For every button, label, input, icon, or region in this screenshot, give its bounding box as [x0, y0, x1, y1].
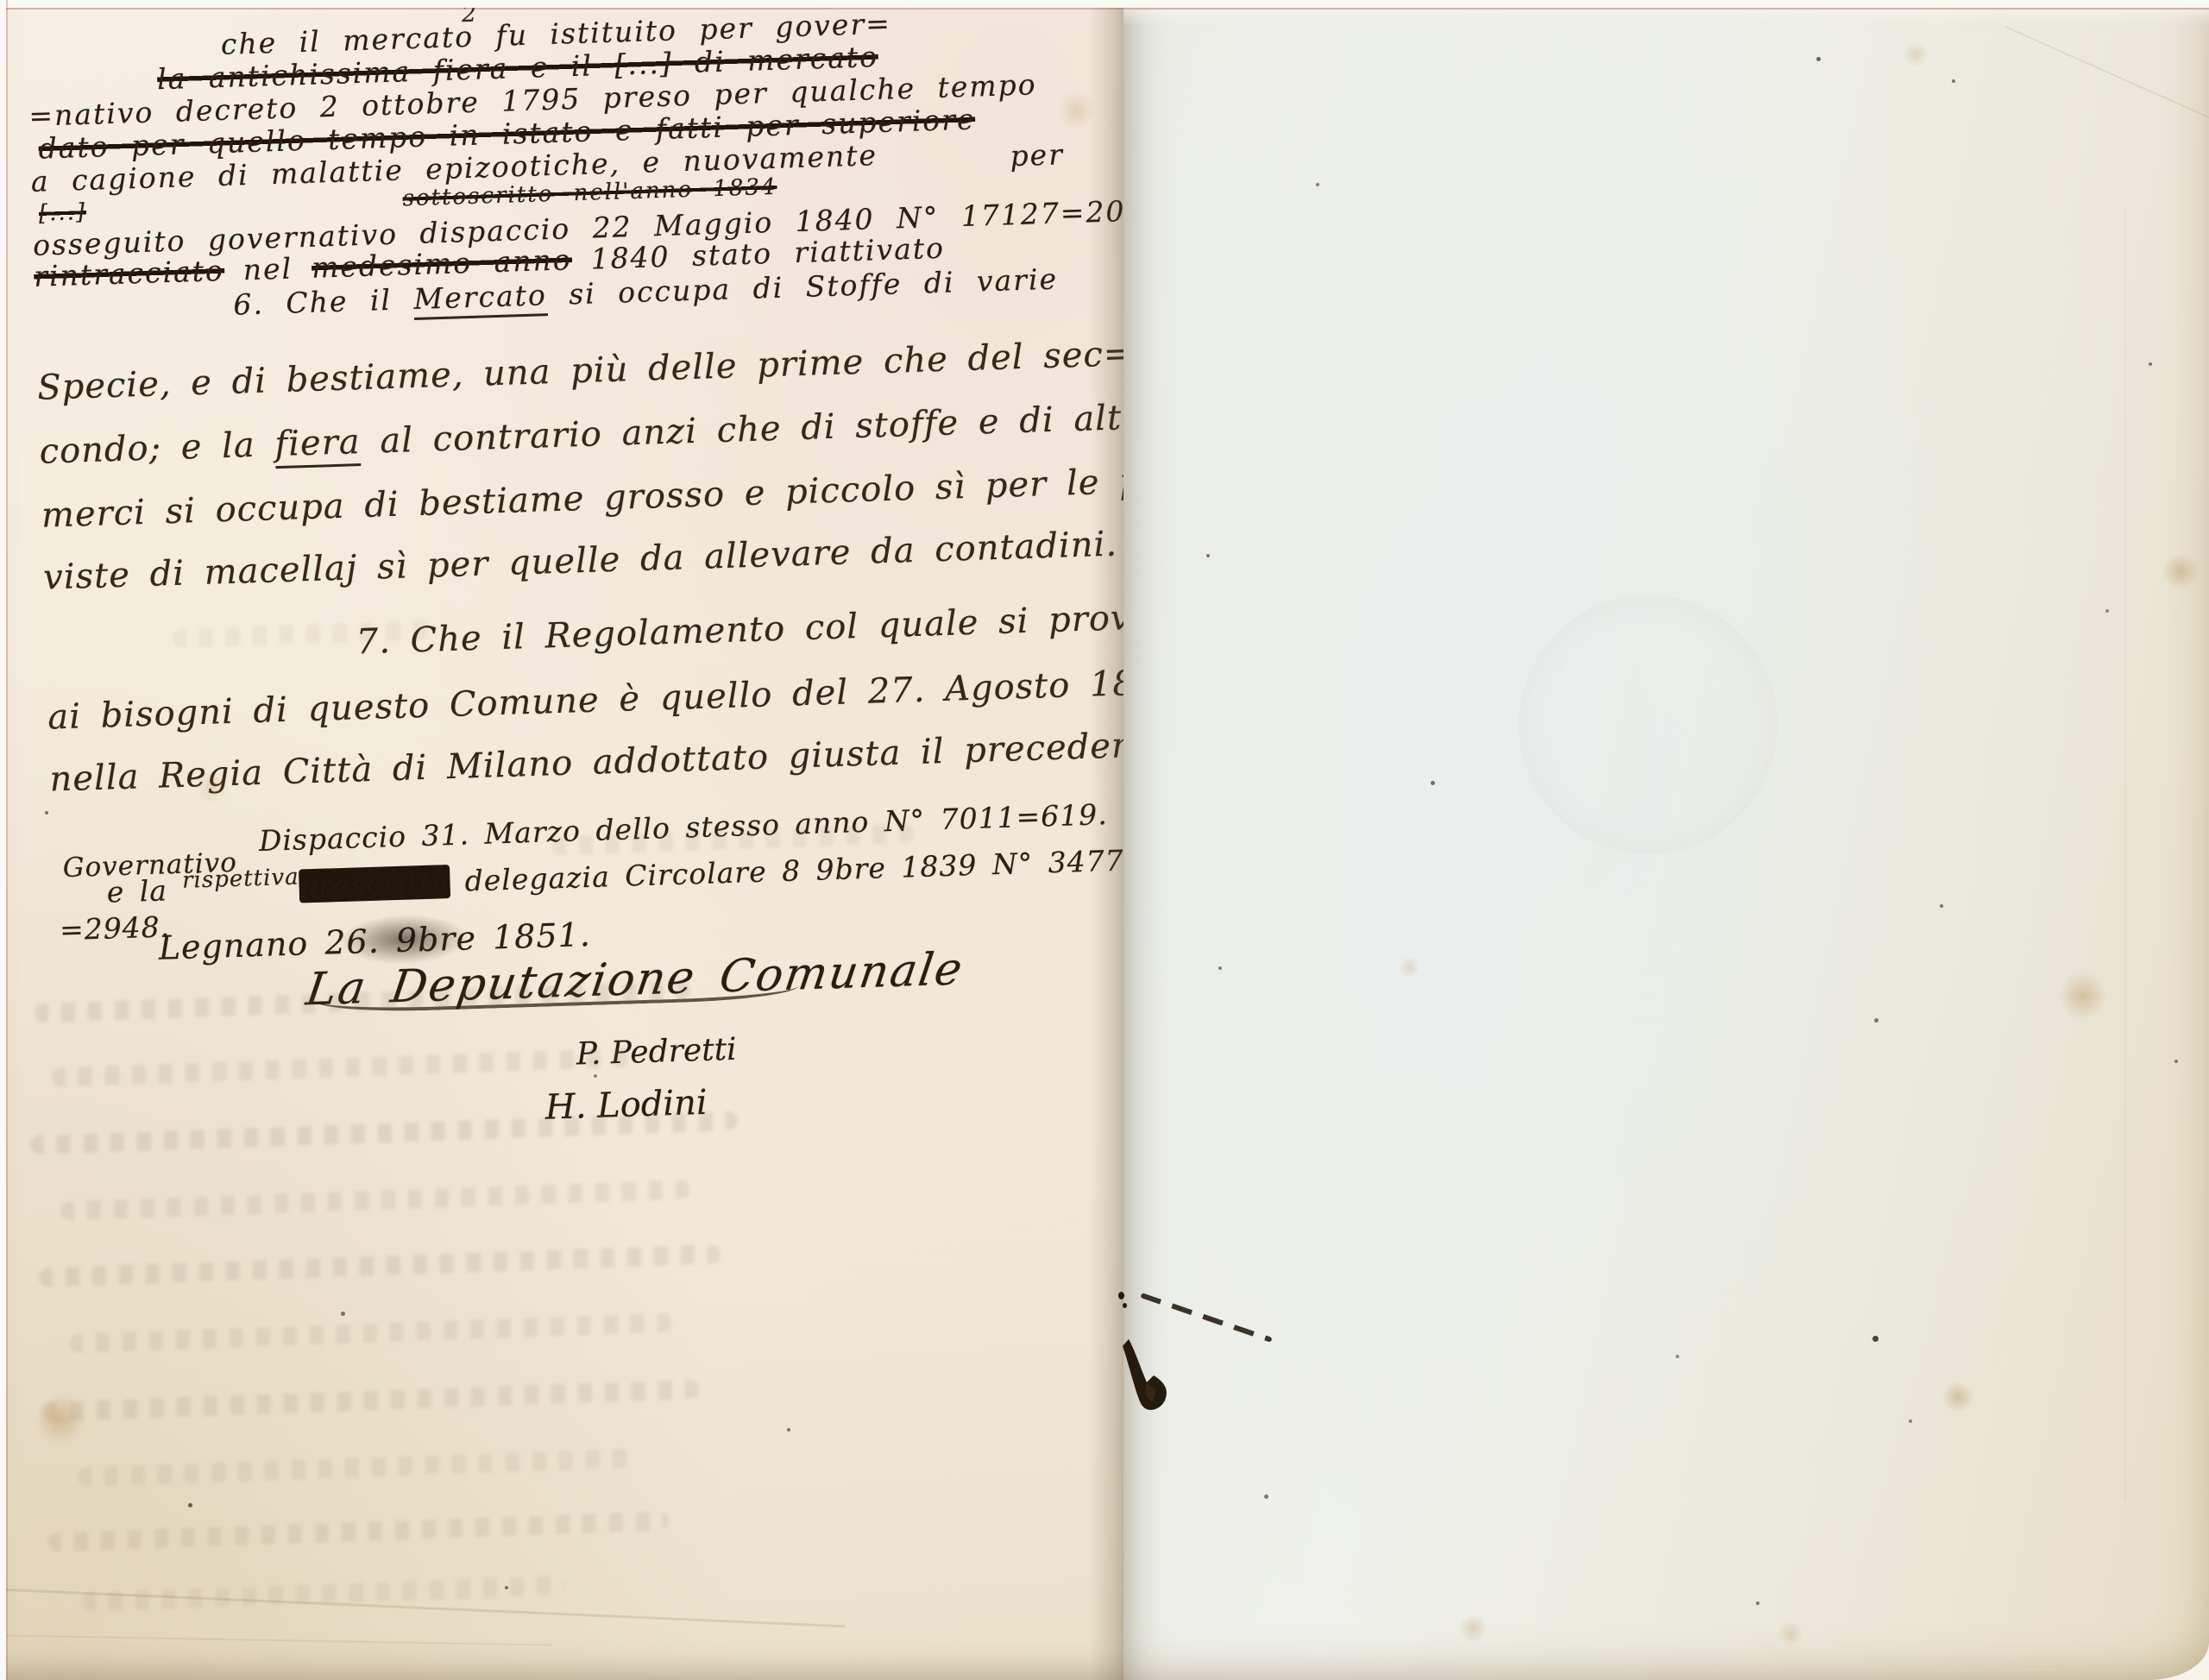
- paper-speck: [1756, 1601, 1759, 1605]
- paragraph-line: condo; e la fiera al contrario anzi che …: [39, 397, 1161, 472]
- foxing-stain: [1942, 1381, 1974, 1413]
- foxing-stain: [2058, 971, 2108, 1021]
- foxing-stain: [1778, 1620, 1803, 1646]
- paper-speck: [2149, 362, 2152, 366]
- paper-speck: [1431, 781, 1435, 785]
- scan-edge-line: [0, 8, 2209, 9]
- paper-speck: [505, 1586, 508, 1589]
- foxing-stain: [2162, 552, 2200, 590]
- bleed-through-line: [43, 1380, 699, 1422]
- bleed-through-line: [69, 1313, 673, 1353]
- ink-overwrite-blot: [339, 912, 470, 966]
- scanned-document: 2 che il mercato fu istituito per gover=…: [0, 0, 2209, 1680]
- paper-speck: [1952, 79, 1955, 83]
- paper-speck: [1676, 1355, 1679, 1358]
- ink-spatter-dot: [1118, 1292, 1124, 1299]
- left-page: 2 che il mercato fu istituito per gover=…: [0, 0, 1123, 1680]
- paper-speck: [787, 1428, 790, 1431]
- paper-speck: [1206, 554, 1210, 557]
- paper-speck: [1264, 1494, 1268, 1499]
- paper-speck: [2105, 609, 2109, 613]
- foxing-stain: [1903, 41, 1929, 67]
- foxing-stain: [194, 770, 229, 804]
- scan-edge: [0, 0, 2209, 8]
- paper-speck: [1909, 1419, 1912, 1423]
- paper-speck: [1874, 1018, 1879, 1022]
- ink-blot: [1120, 1337, 1182, 1413]
- paper-speck: [45, 811, 48, 815]
- item-7-line: 7. Che il Regolamento col quale si provv…: [356, 595, 1218, 662]
- bleed-through-line: [47, 1511, 669, 1551]
- paper-speck: [1816, 57, 1821, 61]
- scan-edge-line: [6, 0, 8, 1680]
- paragraph-line: merci si occupa di bestiame grosso e pic…: [41, 458, 1231, 535]
- foxing-stain: [1398, 956, 1420, 978]
- paragraph-line: viste di macellaj sì per quelle da allev…: [43, 525, 1118, 598]
- paper-speck: [1218, 966, 1222, 970]
- paper-speck: [341, 1312, 345, 1316]
- faint-watermark-ring: [1519, 595, 1778, 854]
- ink-spatter-dot: [1123, 1303, 1127, 1308]
- foxing-stain: [1458, 1614, 1488, 1643]
- line-end-word: per: [1010, 137, 1065, 173]
- bleed-through-line: [39, 1244, 721, 1287]
- paragraph-line: Specie, e di bestiame, una più delle pri…: [37, 334, 1134, 408]
- paper-crease: [2124, 207, 2126, 1501]
- scan-edge: [0, 0, 6, 1680]
- closing-line: =2948.: [59, 909, 170, 947]
- paper-speck: [1940, 904, 1943, 908]
- foxing-stain: [35, 1394, 86, 1445]
- paper-speck: [2174, 1060, 2178, 1063]
- item-7-line: ai bisogni di questo Comune è quello del…: [47, 662, 1194, 738]
- paper-speck: [188, 1503, 192, 1507]
- paper-crease: [0, 1634, 552, 1645]
- paper-speck: [1872, 1336, 1879, 1342]
- paper-speck: [1316, 183, 1319, 186]
- paper-speck: [594, 1074, 597, 1078]
- bleed-through-line: [78, 1449, 630, 1487]
- bleed-through-line: [82, 1576, 565, 1612]
- margin-word-struck: [...]: [39, 199, 87, 227]
